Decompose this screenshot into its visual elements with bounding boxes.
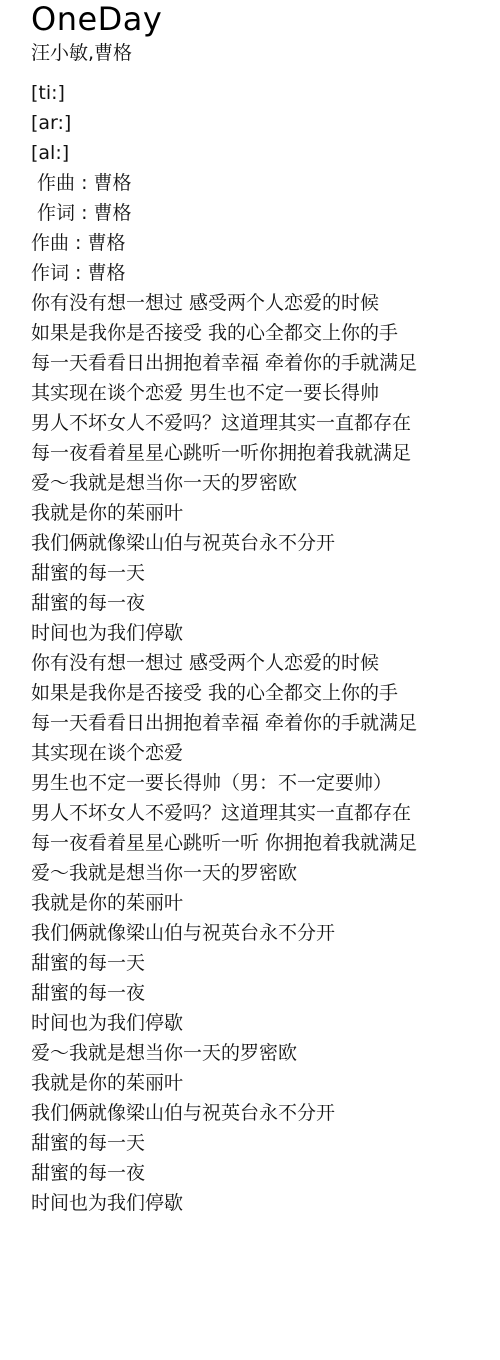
lyric-line: 作曲 : 曹格	[31, 228, 491, 258]
lyric-line: 我们俩就像梁山伯与祝英台永不分开	[31, 1098, 491, 1128]
lyric-line: 我就是你的茱丽叶	[31, 1068, 491, 1098]
lyric-line: 爱～我就是想当你一天的罗密欧	[31, 1038, 491, 1068]
lyric-line: 每一夜看着星星心跳听一听 你拥抱着我就满足	[31, 828, 491, 858]
lyric-line: 甜蜜的每一天	[31, 948, 491, 978]
lyric-line: 甜蜜的每一天	[31, 558, 491, 588]
lyric-line: 每一天看看日出拥抱着幸福 牵着你的手就满足	[31, 708, 491, 738]
lyric-line: 我就是你的茱丽叶	[31, 498, 491, 528]
lyric-line: 时间也为我们停歇	[31, 1008, 491, 1038]
lyric-line: [ti:]	[31, 78, 491, 108]
song-artist: 汪小敏,曹格	[31, 38, 491, 68]
lyric-line: 你有没有想一想过 感受两个人恋爱的时候	[31, 648, 491, 678]
song-title: OneDay	[31, 0, 491, 38]
lyric-line: 男人不坏女人不爱吗？这道理其实一直都存在	[31, 798, 491, 828]
lyric-line: 甜蜜的每一夜	[31, 1158, 491, 1188]
lyric-line: 如果是我你是否接受 我的心全都交上你的手	[31, 678, 491, 708]
lyric-line: 其实现在谈个恋爱	[31, 738, 491, 768]
lyric-line: 甜蜜的每一夜	[31, 978, 491, 1008]
lyric-line: 作词 : 曹格	[31, 198, 491, 228]
lyric-line: 作词 : 曹格	[31, 258, 491, 288]
lyric-line: 其实现在谈个恋爱 男生也不定一要长得帅	[31, 378, 491, 408]
lyric-line: 每一夜看着星星心跳听一听你拥抱着我就满足	[31, 438, 491, 468]
lyrics-page: OneDay 汪小敏,曹格 [ti:] [ar:] [al:] 作曲 : 曹格 …	[31, 0, 491, 1218]
lyric-line: 我就是你的茱丽叶	[31, 888, 491, 918]
lyric-line: 甜蜜的每一天	[31, 1128, 491, 1158]
lyric-line: 甜蜜的每一夜	[31, 588, 491, 618]
lyric-line: 如果是我你是否接受 我的心全都交上你的手	[31, 318, 491, 348]
lyric-line: 每一天看看日出拥抱着幸福 牵着你的手就满足	[31, 348, 491, 378]
lyric-line: 爱～我就是想当你一天的罗密欧	[31, 858, 491, 888]
lyric-line: 时间也为我们停歇	[31, 1188, 491, 1218]
lyric-line: 男人不坏女人不爱吗？这道理其实一直都存在	[31, 408, 491, 438]
lyrics-list: [ti:] [ar:] [al:] 作曲 : 曹格 作词 : 曹格 作曲 : 曹…	[31, 78, 491, 1218]
lyric-line: 作曲 : 曹格	[31, 168, 491, 198]
lyric-line: [ar:]	[31, 108, 491, 138]
lyric-line: 我们俩就像梁山伯与祝英台永不分开	[31, 528, 491, 558]
lyric-line: 爱～我就是想当你一天的罗密欧	[31, 468, 491, 498]
lyric-line: 男生也不定一要长得帅（男：不一定要帅）	[31, 768, 491, 798]
lyric-line: 我们俩就像梁山伯与祝英台永不分开	[31, 918, 491, 948]
lyric-line: [al:]	[31, 138, 491, 168]
lyric-line: 时间也为我们停歇	[31, 618, 491, 648]
lyric-line: 你有没有想一想过 感受两个人恋爱的时候	[31, 288, 491, 318]
